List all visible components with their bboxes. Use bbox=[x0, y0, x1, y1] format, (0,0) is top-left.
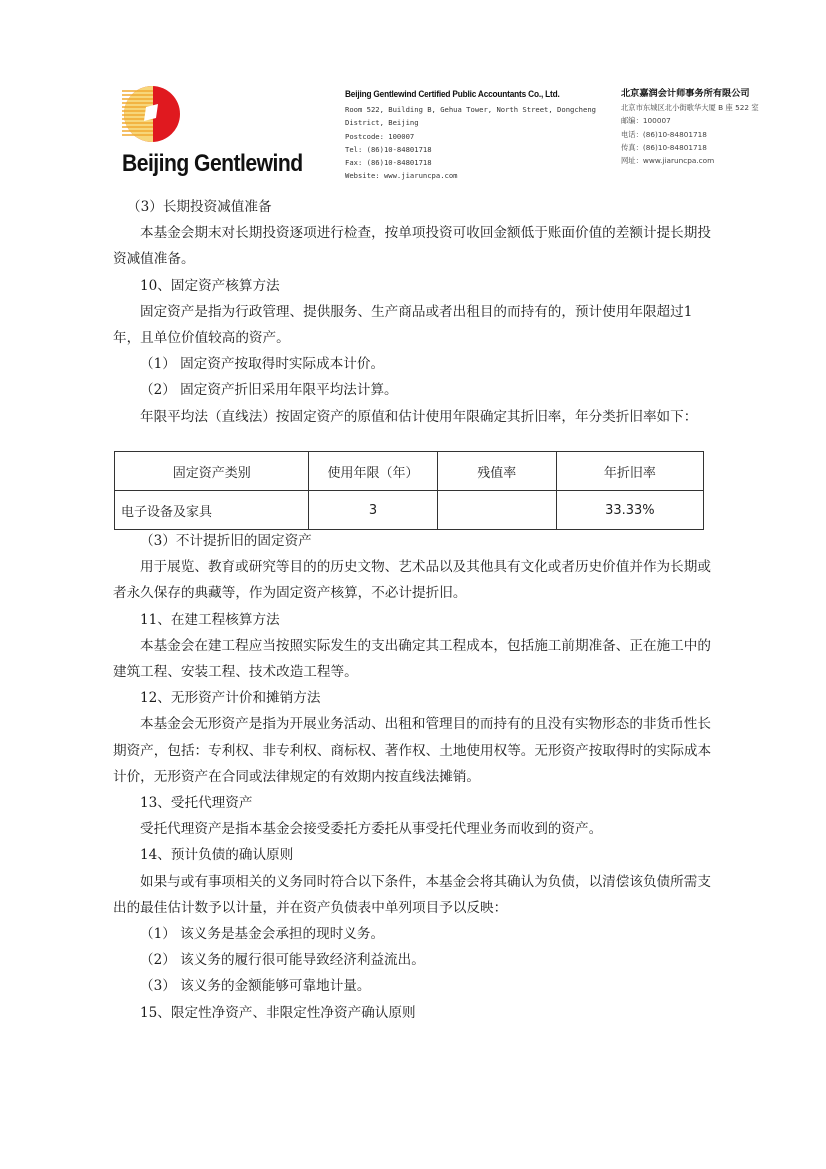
heading-fixed-assets: 10、固定资产核算方法 bbox=[113, 273, 718, 299]
table-row: 电子设备及家具 3 33.33% bbox=[115, 491, 704, 530]
english-company-name: Beijing Gentlewind Certified Public Acco… bbox=[345, 88, 576, 101]
list-item-reliable-measure: （3） 该义务的金额能够可靠地计量。 bbox=[113, 973, 718, 999]
english-postcode: Postcode: 100007 bbox=[345, 130, 596, 143]
depreciation-table: 固定资产类别 使用年限（年） 残值率 年折旧率 电子设备及家具 3 33.33% bbox=[114, 451, 704, 530]
chinese-fax: 传真：(86)10-84801718 bbox=[621, 141, 759, 154]
document-body-top: （3）长期投资减值准备 本基金会期末对长期投资逐项进行检查，按单项投资可收回金额… bbox=[113, 194, 718, 430]
paragraph-intangible: 本基金会无形资产是指为开展业务活动、出租和管理目的而持有的且没有实物形态的非货币… bbox=[113, 711, 718, 790]
list-item-present-obligation: （1） 该义务是基金会承担的现时义务。 bbox=[113, 921, 718, 947]
heading-entrusted: 13、受托代理资产 bbox=[113, 790, 718, 816]
chinese-website: 网址：www.jiaruncpa.com bbox=[621, 154, 759, 167]
cell-category: 电子设备及家具 bbox=[115, 491, 309, 530]
english-address-line1: Room 522, Building B, Gehua Tower, North… bbox=[345, 103, 596, 116]
column-header-annual-rate: 年折旧率 bbox=[556, 452, 703, 491]
gentlewind-logo-icon bbox=[122, 85, 182, 143]
english-tel: Tel: (86)10-84801718 bbox=[345, 143, 596, 156]
heading-long-term-impairment: （3）长期投资减值准备 bbox=[113, 194, 718, 220]
heading-net-assets: 15、限定性净资产、非限定性净资产确认原则 bbox=[113, 1000, 718, 1026]
chinese-address: 北京市东城区北小街歌华大厦 B 座 522 室 bbox=[621, 101, 759, 114]
table-header-row: 固定资产类别 使用年限（年） 残值率 年折旧率 bbox=[115, 452, 704, 491]
company-logo-text: Beijing Gentlewind bbox=[122, 150, 303, 178]
chinese-contact-block: 北京嘉润会计师事务所有限公司 北京市东城区北小街歌华大厦 B 座 522 室 邮… bbox=[621, 87, 759, 167]
english-website: Website: www.jiaruncpa.com bbox=[345, 169, 596, 182]
document-body-bottom: （3）不计提折旧的固定资产 用于展览、教育或研究等目的的历史文物、艺术品以及其他… bbox=[113, 528, 718, 1026]
paragraph-fixed-assets: 固定资产是指为行政管理、提供服务、生产商品或者出租目的而持有的，预计使用年限超过… bbox=[113, 299, 718, 351]
cell-useful-life: 3 bbox=[309, 491, 437, 530]
english-fax: Fax: (86)10-84801718 bbox=[345, 156, 596, 169]
english-contact-block: Beijing Gentlewind Certified Public Acco… bbox=[345, 88, 596, 182]
english-address-line2: District, Beijing bbox=[345, 116, 596, 129]
paragraph-entrusted: 受托代理资产是指本基金会接受委托方委托从事受托代理业务而收到的资产。 bbox=[113, 816, 718, 842]
cell-residual bbox=[437, 491, 556, 530]
list-item-cost-basis: （1） 固定资产按取得时实际成本计价。 bbox=[113, 351, 718, 377]
heading-provisions: 14、预计负债的确认原则 bbox=[113, 842, 718, 868]
heading-construction: 11、在建工程核算方法 bbox=[113, 607, 718, 633]
paragraph-construction: 本基金会在建工程应当按照实际发生的支出确定其工程成本，包括施工前期准备、正在施工… bbox=[113, 633, 718, 685]
list-item-outflow-probable: （2） 该义务的履行很可能导致经济利益流出。 bbox=[113, 947, 718, 973]
cell-annual-rate: 33.33% bbox=[556, 491, 703, 530]
heading-intangible: 12、无形资产计价和摊销方法 bbox=[113, 685, 718, 711]
chinese-postcode: 邮编：100007 bbox=[621, 114, 759, 127]
heading-no-depreciation: （3）不计提折旧的固定资产 bbox=[113, 528, 718, 554]
paragraph-straight-line: 年限平均法（直线法）按固定资产的原值和估计使用年限确定其折旧率，年分类折旧率如下… bbox=[113, 404, 718, 430]
list-item-depreciation-method: （2） 固定资产折旧采用年限平均法计算。 bbox=[113, 377, 718, 403]
chinese-company-name: 北京嘉润会计师事务所有限公司 bbox=[621, 87, 759, 100]
paragraph-no-depreciation: 用于展览、教育或研究等目的的历史文物、艺术品以及其他具有文化或者历史价值并作为长… bbox=[113, 554, 718, 606]
paragraph-provisions: 如果与或有事项相关的义务同时符合以下条件，本基金会将其确认为负债，以清偿该负债所… bbox=[113, 869, 718, 921]
column-header-category: 固定资产类别 bbox=[115, 452, 309, 491]
paragraph-impairment: 本基金会期末对长期投资逐项进行检查，按单项投资可收回金额低于账面价值的差额计提长… bbox=[113, 220, 718, 272]
column-header-residual: 残值率 bbox=[437, 452, 556, 491]
column-header-useful-life: 使用年限（年） bbox=[309, 452, 437, 491]
chinese-tel: 电话：(86)10-84801718 bbox=[621, 128, 759, 141]
